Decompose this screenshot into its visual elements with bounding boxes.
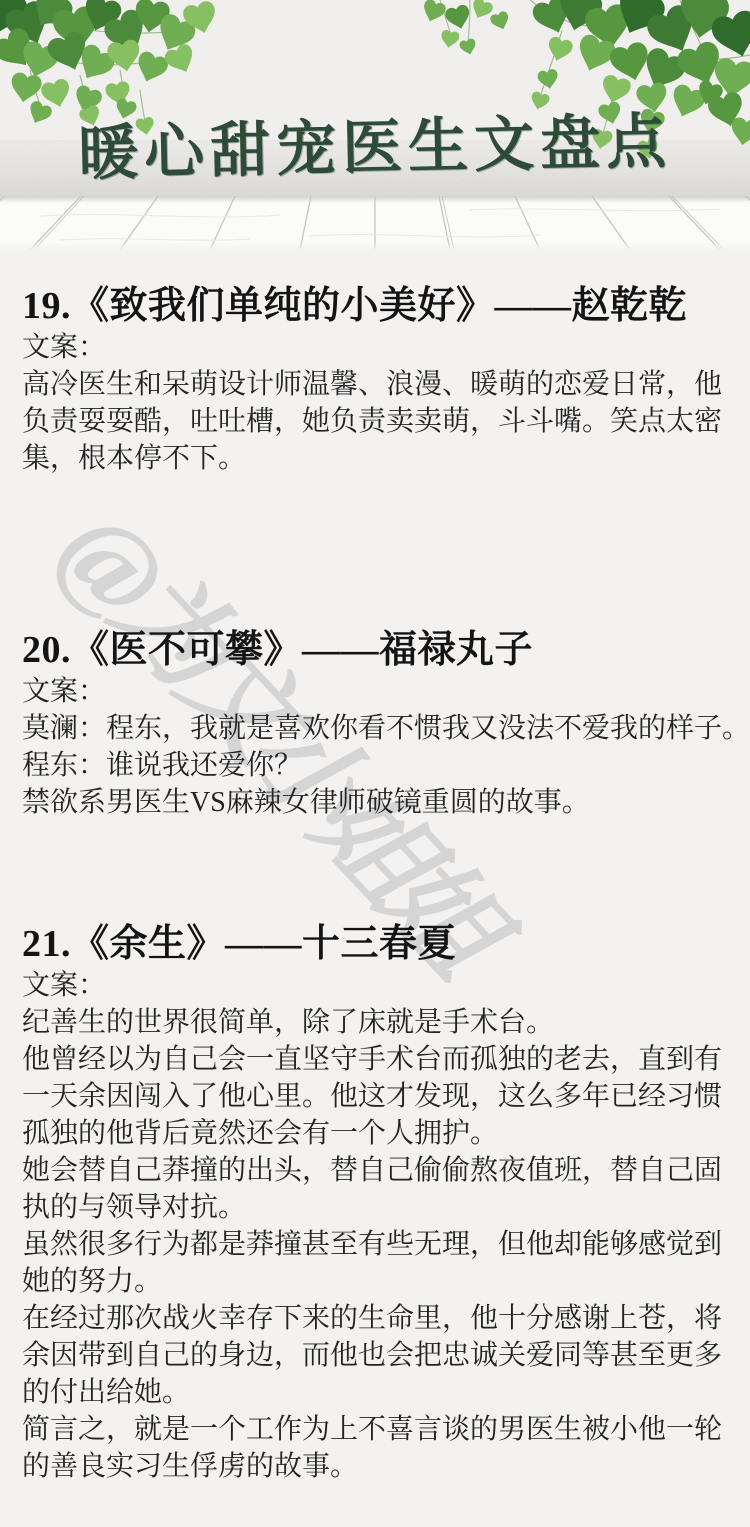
header-banner: 暖心甜宠医生文盘点 bbox=[0, 0, 750, 250]
book-list: 19.《致我们单纯的小美好》——赵乾乾 文案： 高冷医生和呆萌设计师温馨、浪漫、… bbox=[0, 283, 750, 1485]
copy-label: 文案： bbox=[22, 329, 750, 366]
page: 暖心甜宠医生文盘点 @为文小姐姐 19.《致我们单纯的小美好》——赵乾乾 文案：… bbox=[0, 0, 750, 1527]
copy-label: 文案： bbox=[22, 967, 750, 1004]
entry-paragraph: 高冷医生和呆萌设计师温馨、浪漫、暖萌的恋爱日常，他 负责耍耍酷，吐吐槽，她负责卖… bbox=[22, 366, 750, 477]
book-entry: 19.《致我们单纯的小美好》——赵乾乾 文案： 高冷医生和呆萌设计师温馨、浪漫、… bbox=[22, 283, 750, 477]
entry-paragraph: 她会替自己莽撞的出头，替自己偷偷熬夜值班，替自己固 执的与领导对抗。 bbox=[22, 1152, 750, 1226]
book-entry: 20.《医不可攀》——福禄丸子 文案： 莫澜：程东，我就是喜欢你看不惯我又没法不… bbox=[22, 627, 750, 821]
entry-heading: 20.《医不可攀》——福禄丸子 bbox=[22, 627, 750, 673]
entry-paragraph: 莫澜：程东，我就是喜欢你看不惯我又没法不爱我的样子。 bbox=[22, 710, 750, 747]
book-entry: 21.《余生》——十三春夏 文案： 纪善生的世界很简单，除了床就是手术台。 他曾… bbox=[22, 921, 750, 1485]
entry-paragraph: 虽然很多行为都是莽撞甚至有些无理，但他却能够感觉到 她的努力。 bbox=[22, 1226, 750, 1300]
entry-paragraph: 他曾经以为自己会一直坚守手术台而孤独的老去，直到有 一天余因闯入了他心里。他这才… bbox=[22, 1041, 750, 1152]
entry-heading: 21.《余生》——十三春夏 bbox=[22, 921, 750, 967]
copy-label: 文案： bbox=[22, 673, 750, 710]
entry-paragraph: 禁欲系男医生VS麻辣女律师破镜重圆的故事。 bbox=[22, 784, 750, 821]
entry-paragraph: 在经过那次战火幸存下来的生命里，他十分感谢上苍，将 余因带到自己的身边，而他也会… bbox=[22, 1300, 750, 1411]
entry-paragraph: 纪善生的世界很简单，除了床就是手术台。 bbox=[22, 1004, 750, 1041]
entry-heading: 19.《致我们单纯的小美好》——赵乾乾 bbox=[22, 283, 750, 329]
wood-floor bbox=[0, 196, 750, 250]
entry-paragraph: 简言之，就是一个工作为上不喜言谈的男医生被小他一轮 的善良实习生俘虏的故事。 bbox=[22, 1411, 750, 1485]
entry-paragraph: 程东：谁说我还爱你？ bbox=[22, 747, 750, 784]
page-title: 暖心甜宠医生文盘点 bbox=[0, 92, 750, 194]
